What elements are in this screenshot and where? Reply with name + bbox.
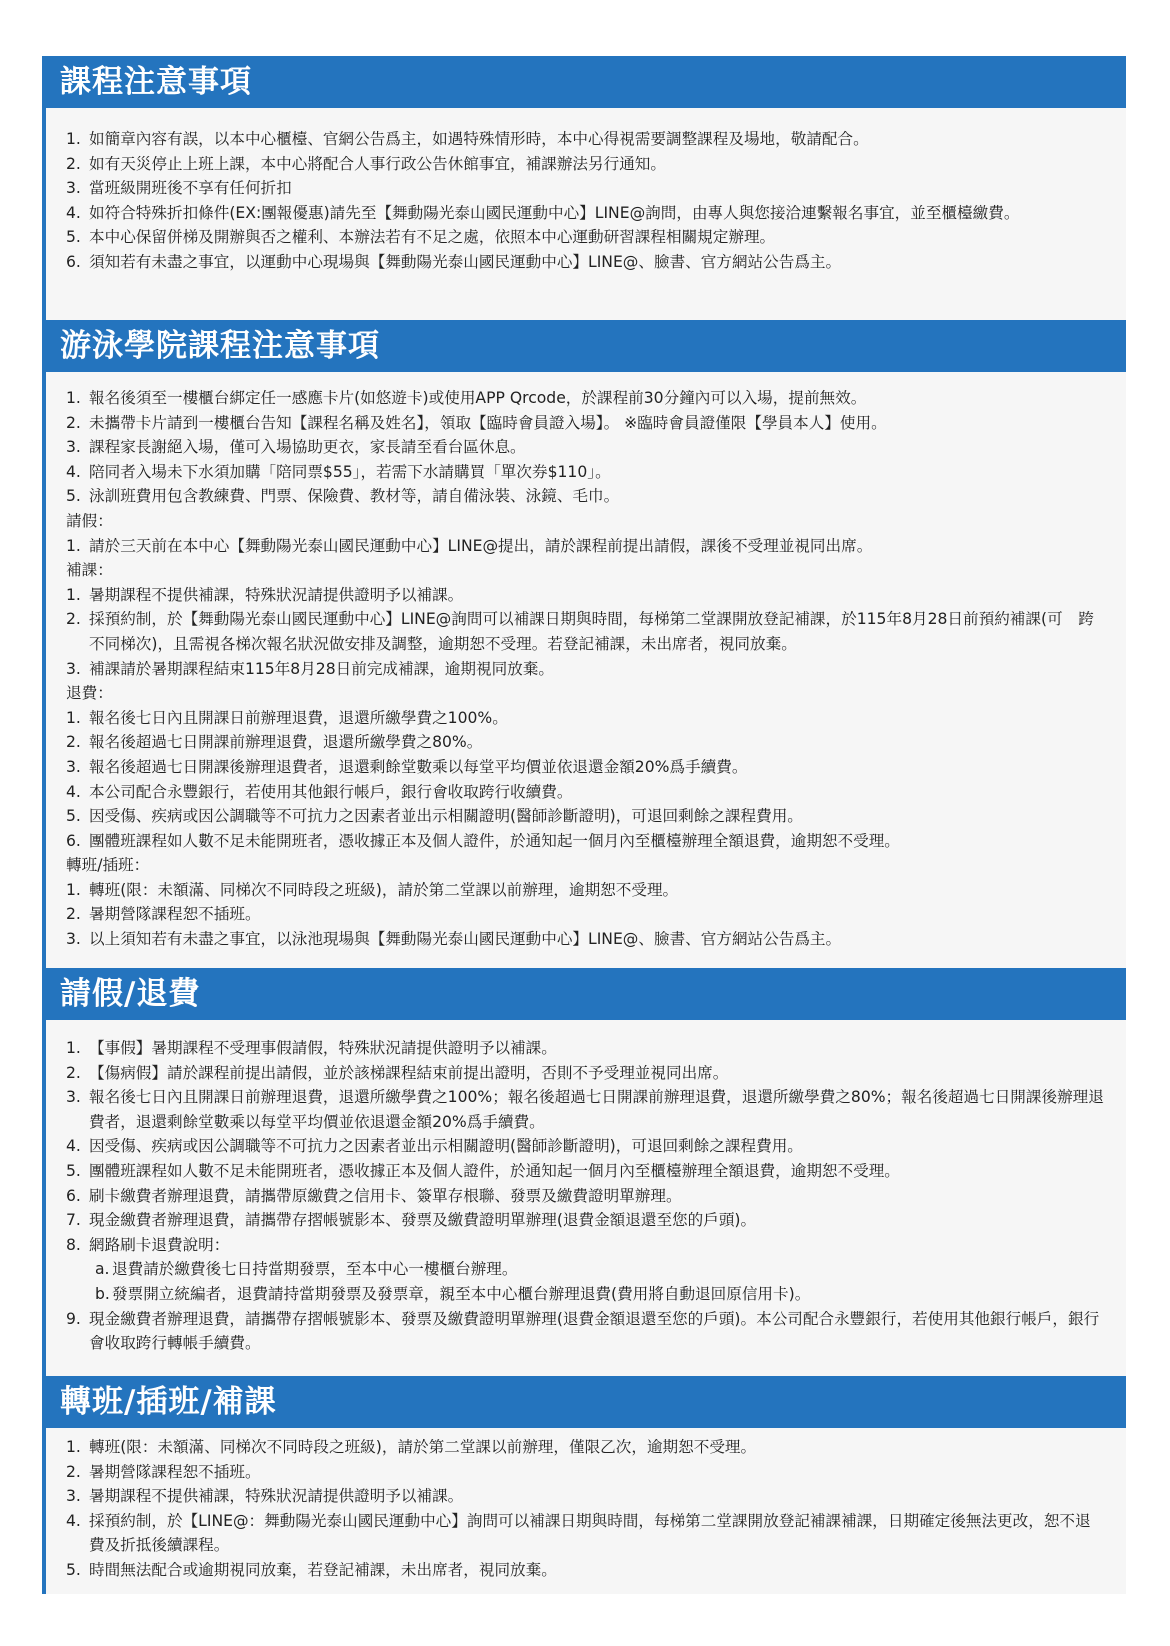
course-notice-document: 課程注意事項 1.如簡章內容有誤，以本中心櫃檯、官網公告爲主，如遇特殊情形時，本… bbox=[42, 56, 1126, 1594]
item-text: 陪同者入場未下水須加購「陪同票$55」，若需下水請購買「單次券$110」。 bbox=[89, 460, 1106, 485]
item-number: 2. bbox=[66, 730, 89, 755]
list-item: 2.暑期營隊課程恕不插班。 bbox=[66, 902, 1106, 927]
item-text: 本中心保留併梯及開辦與否之權利、本辦法若有不足之處，依照本中心運動研習課程相關規… bbox=[89, 225, 1106, 250]
section-leave-refund: 請假/退費 1.【事假】暑期課程不受理事假請假，特殊狀況請提供證明予以補課。 2… bbox=[46, 968, 1126, 1376]
item-text: 未攜帶卡片請到一樓櫃台告知【課程名稱及姓名】，領取【臨時會員證入場】。 ※臨時會… bbox=[89, 411, 1106, 436]
item-text: 採預約制，於【舞動陽光泰山國民運動中心】LINE@詢問可以補課日期與時間，每梯第… bbox=[89, 607, 1106, 656]
list-item: 3.當班級開班後不享有任何折扣 bbox=[66, 176, 1106, 201]
item-text: 補課請於暑期課程結束115年8月28日前完成補課，逾期視同放棄。 bbox=[89, 657, 1106, 682]
item-text: 發票開立統編者，退費請持當期發票及發票章，親至本中心櫃台辦理退費(費用將自動退回… bbox=[112, 1282, 1106, 1307]
item-text: 現金繳費者辦理退費，請攜帶存摺帳號影本、發票及繳費證明單辦理(退費金額退還至您的… bbox=[89, 1208, 1106, 1233]
list-item: 2.未攜帶卡片請到一樓櫃台告知【課程名稱及姓名】，領取【臨時會員證入場】。 ※臨… bbox=[66, 411, 1106, 436]
item-letter: b. bbox=[95, 1282, 112, 1307]
section-title: 游泳學院課程注意事項 bbox=[46, 320, 1126, 372]
item-text: 團體班課程如人數不足未能開班者，憑收據正本及個人證件，於通知起一個月內至櫃檯辦理… bbox=[89, 1159, 1106, 1184]
section-body: 1.【事假】暑期課程不受理事假請假，特殊狀況請提供證明予以補課。 2.【傷病假】… bbox=[46, 1020, 1126, 1376]
item-text: 暑期課程不提供補課，特殊狀況請提供證明予以補課。 bbox=[89, 583, 1106, 608]
item-letter: a. bbox=[95, 1257, 112, 1282]
item-number: 4. bbox=[66, 1509, 89, 1558]
item-number: 2. bbox=[66, 1061, 89, 1086]
item-number: 3. bbox=[66, 657, 89, 682]
item-text: 因受傷、疾病或因公調職等不可抗力之因素者並出示相關證明(醫師診斷證明)，可退回剩… bbox=[89, 1134, 1106, 1159]
section-course-notes: 課程注意事項 1.如簡章內容有誤，以本中心櫃檯、官網公告爲主，如遇特殊情形時，本… bbox=[46, 56, 1126, 320]
item-number: 3. bbox=[66, 1484, 89, 1509]
item-text: 暑期營隊課程恕不插班。 bbox=[89, 1460, 1106, 1485]
section-title: 請假/退費 bbox=[46, 968, 1126, 1020]
item-number: 4. bbox=[66, 201, 89, 226]
subheading-transfer: 轉班/插班： bbox=[66, 853, 1106, 878]
item-number: 9. bbox=[66, 1307, 89, 1356]
item-number: 3. bbox=[66, 1085, 89, 1134]
section-body: 1.轉班(限：未額滿、同梯次不同時段之班級)，請於第二堂課以前辦理，僅限乙次，逾… bbox=[46, 1428, 1126, 1594]
list-item: 1.請於三天前在本中心【舞動陽光泰山國民運動中心】LINE@提出，請於課程前提出… bbox=[66, 534, 1106, 559]
item-number: 5. bbox=[66, 804, 89, 829]
subheading-refund: 退費： bbox=[66, 681, 1106, 706]
item-number: 1. bbox=[66, 1036, 89, 1061]
sub-list-item: b.發票開立統編者，退費請持當期發票及發票章，親至本中心櫃台辦理退費(費用將自動… bbox=[66, 1282, 1106, 1307]
item-number: 3. bbox=[66, 927, 89, 952]
item-text: 報名後須至一樓櫃台綁定任一感應卡片(如悠遊卡)或使用APP Qrcode，於課程… bbox=[89, 386, 1106, 411]
item-text: 當班級開班後不享有任何折扣 bbox=[89, 176, 1106, 201]
list-item: 1.轉班(限：未額滿、同梯次不同時段之班級)，請於第二堂課以前辦理，逾期恕不受理… bbox=[66, 878, 1106, 903]
list-item: 2.採預約制，於【舞動陽光泰山國民運動中心】LINE@詢問可以補課日期與時間，每… bbox=[66, 607, 1106, 656]
item-text: 採預約制，於【LINE@：舞動陽光泰山國民運動中心】詢問可以補課日期與時間，每梯… bbox=[89, 1509, 1106, 1558]
list-item: 5.時間無法配合或逾期視同放棄，若登記補課，未出席者，視同放棄。 bbox=[66, 1558, 1106, 1583]
list-item: 2.報名後超過七日開課前辦理退費，退還所繳學費之80%。 bbox=[66, 730, 1106, 755]
item-number: 4. bbox=[66, 460, 89, 485]
item-text: 如符合特殊折扣條件(EX:團報優惠)請先至【舞動陽光泰山國民運動中心】LINE@… bbox=[89, 201, 1106, 226]
item-text: 【事假】暑期課程不受理事假請假，特殊狀況請提供證明予以補課。 bbox=[89, 1036, 1106, 1061]
item-text: 現金繳費者辦理退費，請攜帶存摺帳號影本、發票及繳費證明單辦理(退費金額退還至您的… bbox=[89, 1307, 1106, 1356]
list-item: 1.報名後七日內且開課日前辦理退費，退還所繳學費之100%。 bbox=[66, 706, 1106, 731]
list-item: 2.【傷病假】請於課程前提出請假，並於該梯課程結束前提出證明，否則不予受理並視同… bbox=[66, 1061, 1106, 1086]
list-item: 4.本公司配合永豐銀行，若使用其他銀行帳戶，銀行會收取跨行收續費。 bbox=[66, 780, 1106, 805]
item-number: 2. bbox=[66, 607, 89, 656]
item-number: 6. bbox=[66, 1184, 89, 1209]
item-number: 2. bbox=[66, 411, 89, 436]
list-item: 8.網路刷卡退費說明： bbox=[66, 1233, 1106, 1258]
list-item: 4.採預約制，於【LINE@：舞動陽光泰山國民運動中心】詢問可以補課日期與時間，… bbox=[66, 1509, 1106, 1558]
item-text: 報名後七日內且開課日前辦理退費，退還所繳學費之100%；報名後超過七日開課前辦理… bbox=[89, 1085, 1106, 1134]
item-number: 5. bbox=[66, 484, 89, 509]
item-number: 1. bbox=[66, 583, 89, 608]
item-number: 1. bbox=[66, 534, 89, 559]
item-number: 3. bbox=[66, 176, 89, 201]
section-title: 課程注意事項 bbox=[46, 56, 1126, 108]
list-item: 1.【事假】暑期課程不受理事假請假，特殊狀況請提供證明予以補課。 bbox=[66, 1036, 1106, 1061]
item-text: 如簡章內容有誤，以本中心櫃檯、官網公告爲主，如遇特殊情形時，本中心得視需要調整課… bbox=[89, 127, 1106, 152]
item-number: 2. bbox=[66, 152, 89, 177]
list-item: 5.因受傷、疾病或因公調職等不可抗力之因素者並出示相關證明(醫師診斷證明)，可退… bbox=[66, 804, 1106, 829]
item-number: 2. bbox=[66, 1460, 89, 1485]
item-text: 退費請於繳費後七日持當期發票，至本中心一樓櫃台辦理。 bbox=[112, 1257, 1106, 1282]
item-text: 本公司配合永豐銀行，若使用其他銀行帳戶，銀行會收取跨行收續費。 bbox=[89, 780, 1106, 805]
item-number: 3. bbox=[66, 435, 89, 460]
list-item: 3.暑期課程不提供補課，特殊狀況請提供證明予以補課。 bbox=[66, 1484, 1106, 1509]
list-item: 9.現金繳費者辦理退費，請攜帶存摺帳號影本、發票及繳費證明單辦理(退費金額退還至… bbox=[66, 1307, 1106, 1356]
list-item: 5.團體班課程如人數不足未能開班者，憑收據正本及個人證件，於通知起一個月內至櫃檯… bbox=[66, 1159, 1106, 1184]
list-item: 1.報名後須至一樓櫃台綁定任一感應卡片(如悠遊卡)或使用APP Qrcode，於… bbox=[66, 386, 1106, 411]
list-item: 3.課程家長謝絕入場，僅可入場協助更衣，家長請至看台區休息。 bbox=[66, 435, 1106, 460]
item-number: 1. bbox=[66, 878, 89, 903]
item-number: 6. bbox=[66, 250, 89, 275]
item-number: 7. bbox=[66, 1208, 89, 1233]
section-swim-academy-notes: 游泳學院課程注意事項 1.報名後須至一樓櫃台綁定任一感應卡片(如悠遊卡)或使用A… bbox=[46, 320, 1126, 968]
item-text: 報名後超過七日開課後辦理退費者，退還剩餘堂數乘以每堂平均價並依退還金額20%爲手… bbox=[89, 755, 1106, 780]
list-item: 4.陪同者入場未下水須加購「陪同票$55」，若需下水請購買「單次券$110」。 bbox=[66, 460, 1106, 485]
list-item: 6.刷卡繳費者辦理退費，請攜帶原繳費之信用卡、簽單存根聯、發票及繳費證明單辦理。 bbox=[66, 1184, 1106, 1209]
section-title: 轉班/插班/補課 bbox=[46, 1376, 1126, 1428]
list-item: 7.現金繳費者辦理退費，請攜帶存摺帳號影本、發票及繳費證明單辦理(退費金額退還至… bbox=[66, 1208, 1106, 1233]
item-number: 8. bbox=[66, 1233, 89, 1258]
list-item: 3.報名後超過七日開課後辦理退費者，退還剩餘堂數乘以每堂平均價並依退還金額20%… bbox=[66, 755, 1106, 780]
item-text: 暑期課程不提供補課，特殊狀況請提供證明予以補課。 bbox=[89, 1484, 1106, 1509]
item-text: 網路刷卡退費說明： bbox=[89, 1233, 1106, 1258]
item-number: 6. bbox=[66, 829, 89, 854]
section-body: 1.報名後須至一樓櫃台綁定任一感應卡片(如悠遊卡)或使用APP Qrcode，於… bbox=[46, 372, 1126, 968]
list-item: 6.須知若有未盡之事宜，以運動中心現場與【舞動陽光泰山國民運動中心】LINE@、… bbox=[66, 250, 1106, 275]
item-text: 課程家長謝絕入場，僅可入場協助更衣，家長請至看台區休息。 bbox=[89, 435, 1106, 460]
list-item: 2.如有天災停止上班上課，本中心將配合人事行政公告休館事宜，補課辦法另行通知。 bbox=[66, 152, 1106, 177]
item-text: 暑期營隊課程恕不插班。 bbox=[89, 902, 1106, 927]
list-item: 1.轉班(限：未額滿、同梯次不同時段之班級)，請於第二堂課以前辦理，僅限乙次，逾… bbox=[66, 1435, 1106, 1460]
list-item: 2.暑期營隊課程恕不插班。 bbox=[66, 1460, 1106, 1485]
item-text: 轉班(限：未額滿、同梯次不同時段之班級)，請於第二堂課以前辦理，逾期恕不受理。 bbox=[89, 878, 1106, 903]
item-text: 因受傷、疾病或因公調職等不可抗力之因素者並出示相關證明(醫師診斷證明)，可退回剩… bbox=[89, 804, 1106, 829]
item-number: 5. bbox=[66, 1558, 89, 1583]
list-item: 4.因受傷、疾病或因公調職等不可抗力之因素者並出示相關證明(醫師診斷證明)，可退… bbox=[66, 1134, 1106, 1159]
item-text: 時間無法配合或逾期視同放棄，若登記補課，未出席者，視同放棄。 bbox=[89, 1558, 1106, 1583]
item-number: 5. bbox=[66, 1159, 89, 1184]
list-item: 3.報名後七日內且開課日前辦理退費，退還所繳學費之100%；報名後超過七日開課前… bbox=[66, 1085, 1106, 1134]
list-item: 1.暑期課程不提供補課，特殊狀況請提供證明予以補課。 bbox=[66, 583, 1106, 608]
list-item: 6.團體班課程如人數不足未能開班者，憑收據正本及個人證件，於通知起一個月內至櫃檯… bbox=[66, 829, 1106, 854]
item-text: 【傷病假】請於課程前提出請假，並於該梯課程結束前提出證明，否則不予受理並視同出席… bbox=[89, 1061, 1106, 1086]
list-item: 1.如簡章內容有誤，以本中心櫃檯、官網公告爲主，如遇特殊情形時，本中心得視需要調… bbox=[66, 127, 1106, 152]
item-number: 5. bbox=[66, 225, 89, 250]
list-item: 4.如符合特殊折扣條件(EX:團報優惠)請先至【舞動陽光泰山國民運動中心】LIN… bbox=[66, 201, 1106, 226]
list-item: 3.補課請於暑期課程結束115年8月28日前完成補課，逾期視同放棄。 bbox=[66, 657, 1106, 682]
item-number: 1. bbox=[66, 1435, 89, 1460]
item-number: 3. bbox=[66, 755, 89, 780]
item-text: 團體班課程如人數不足未能開班者，憑收據正本及個人證件，於通知起一個月內至櫃檯辦理… bbox=[89, 829, 1106, 854]
item-text: 報名後七日內且開課日前辦理退費，退還所繳學費之100%。 bbox=[89, 706, 1106, 731]
subheading-makeup: 補課： bbox=[66, 558, 1106, 583]
item-number: 1. bbox=[66, 127, 89, 152]
item-text: 以上須知若有未盡之事宜，以泳池現場與【舞動陽光泰山國民運動中心】LINE@、臉書… bbox=[89, 927, 1106, 952]
item-number: 2. bbox=[66, 902, 89, 927]
subheading-leave: 請假： bbox=[66, 509, 1106, 534]
section-transfer-makeup: 轉班/插班/補課 1.轉班(限：未額滿、同梯次不同時段之班級)，請於第二堂課以前… bbox=[46, 1376, 1126, 1594]
item-text: 轉班(限：未額滿、同梯次不同時段之班級)，請於第二堂課以前辦理，僅限乙次，逾期恕… bbox=[89, 1435, 1106, 1460]
item-number: 4. bbox=[66, 1134, 89, 1159]
item-text: 請於三天前在本中心【舞動陽光泰山國民運動中心】LINE@提出，請於課程前提出請假… bbox=[89, 534, 1106, 559]
item-text: 泳訓班費用包含教練費、門票、保險費、教材等，請自備泳裝、泳鏡、毛巾。 bbox=[89, 484, 1106, 509]
list-item: 5.泳訓班費用包含教練費、門票、保險費、教材等，請自備泳裝、泳鏡、毛巾。 bbox=[66, 484, 1106, 509]
list-item: 5.本中心保留併梯及開辦與否之權利、本辦法若有不足之處，依照本中心運動研習課程相… bbox=[66, 225, 1106, 250]
item-number: 1. bbox=[66, 386, 89, 411]
sub-list-item: a.退費請於繳費後七日持當期發票，至本中心一樓櫃台辦理。 bbox=[66, 1257, 1106, 1282]
item-text: 報名後超過七日開課前辦理退費，退還所繳學費之80%。 bbox=[89, 730, 1106, 755]
section-body: 1.如簡章內容有誤，以本中心櫃檯、官網公告爲主，如遇特殊情形時，本中心得視需要調… bbox=[46, 108, 1126, 320]
item-number: 4. bbox=[66, 780, 89, 805]
item-text: 須知若有未盡之事宜，以運動中心現場與【舞動陽光泰山國民運動中心】LINE@、臉書… bbox=[89, 250, 1106, 275]
item-text: 如有天災停止上班上課，本中心將配合人事行政公告休館事宜，補課辦法另行通知。 bbox=[89, 152, 1106, 177]
item-number: 1. bbox=[66, 706, 89, 731]
item-text: 刷卡繳費者辦理退費，請攜帶原繳費之信用卡、簽單存根聯、發票及繳費證明單辦理。 bbox=[89, 1184, 1106, 1209]
list-item: 3.以上須知若有未盡之事宜，以泳池現場與【舞動陽光泰山國民運動中心】LINE@、… bbox=[66, 927, 1106, 952]
